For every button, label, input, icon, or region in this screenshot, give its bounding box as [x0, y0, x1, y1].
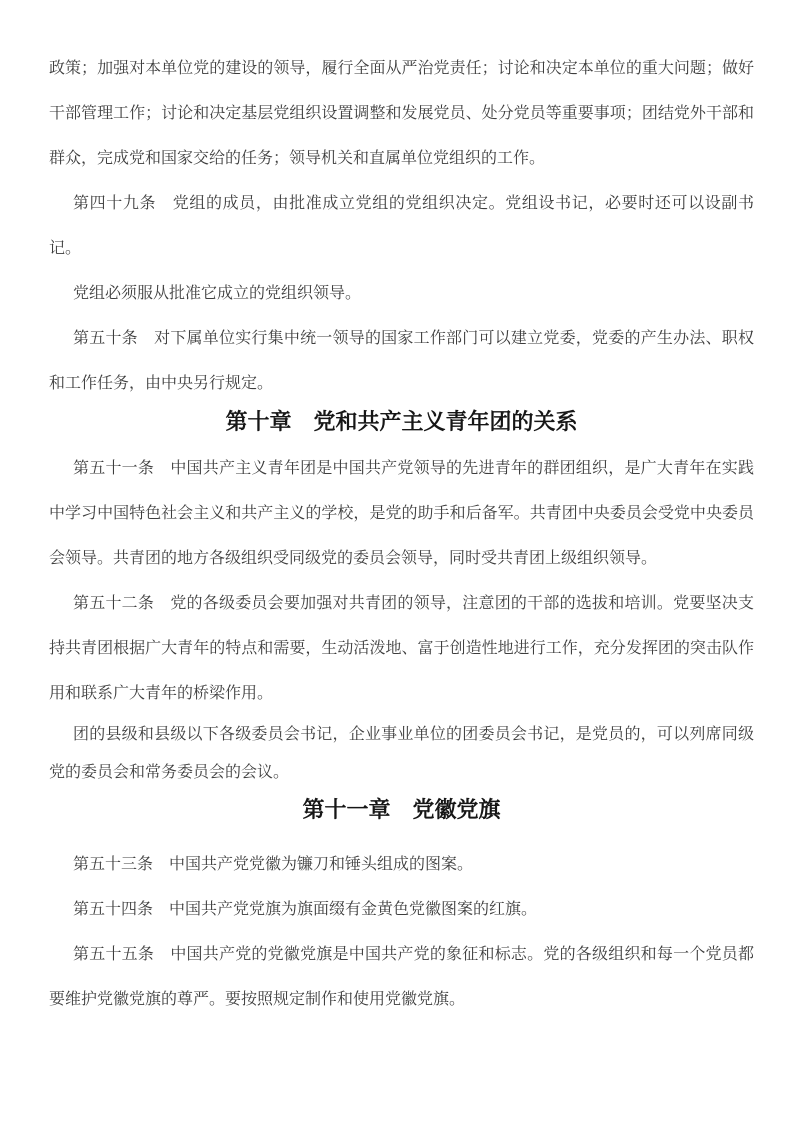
paragraph-article-49-continuation: 党组必须服从批准它成立的党组织领导。 — [49, 271, 754, 316]
paragraph-article-54: 第五十四条 中国共产党党旗为旗面缀有金黄色党徽图案的红旗。 — [49, 887, 754, 932]
paragraph-article-49: 第四十九条 党组的成员，由批准成立党组的党组织决定。党组设书记，必要时还可以设副… — [49, 181, 754, 271]
paragraph-article-55: 第五十五条 中国共产党的党徽党旗是中国共产党的象征和标志。党的各级组织和每一个党… — [49, 932, 754, 1022]
paragraph-article-53: 第五十三条 中国共产党党徽为镰刀和锤头组成的图案。 — [49, 842, 754, 887]
paragraph-article-50: 第五十条 对下属单位实行集中统一领导的国家工作部门可以建立党委，党委的产生办法、… — [49, 316, 754, 406]
paragraph-article-51: 第五十一条 中国共产主义青年团是中国共产党领导的先进青年的群团组织，是广大青年在… — [49, 446, 754, 581]
chapter-11-heading: 第十一章 党徽党旗 — [49, 786, 754, 834]
paragraph-league-secretaries: 团的县级和县级以下各级委员会书记，企业事业单位的团委员会书记，是党员的，可以列席… — [49, 716, 754, 792]
document-page: 政策；加强对本单位党的建设的领导，履行全面从严治党责任；讨论和决定本单位的重大问… — [0, 0, 800, 1131]
paragraph-continuation: 政策；加强对本单位党的建设的领导，履行全面从严治党责任；讨论和决定本单位的重大问… — [49, 46, 754, 181]
paragraph-article-52: 第五十二条 党的各级委员会要加强对共青团的领导，注意团的干部的选拔和培训。党要坚… — [49, 581, 754, 716]
